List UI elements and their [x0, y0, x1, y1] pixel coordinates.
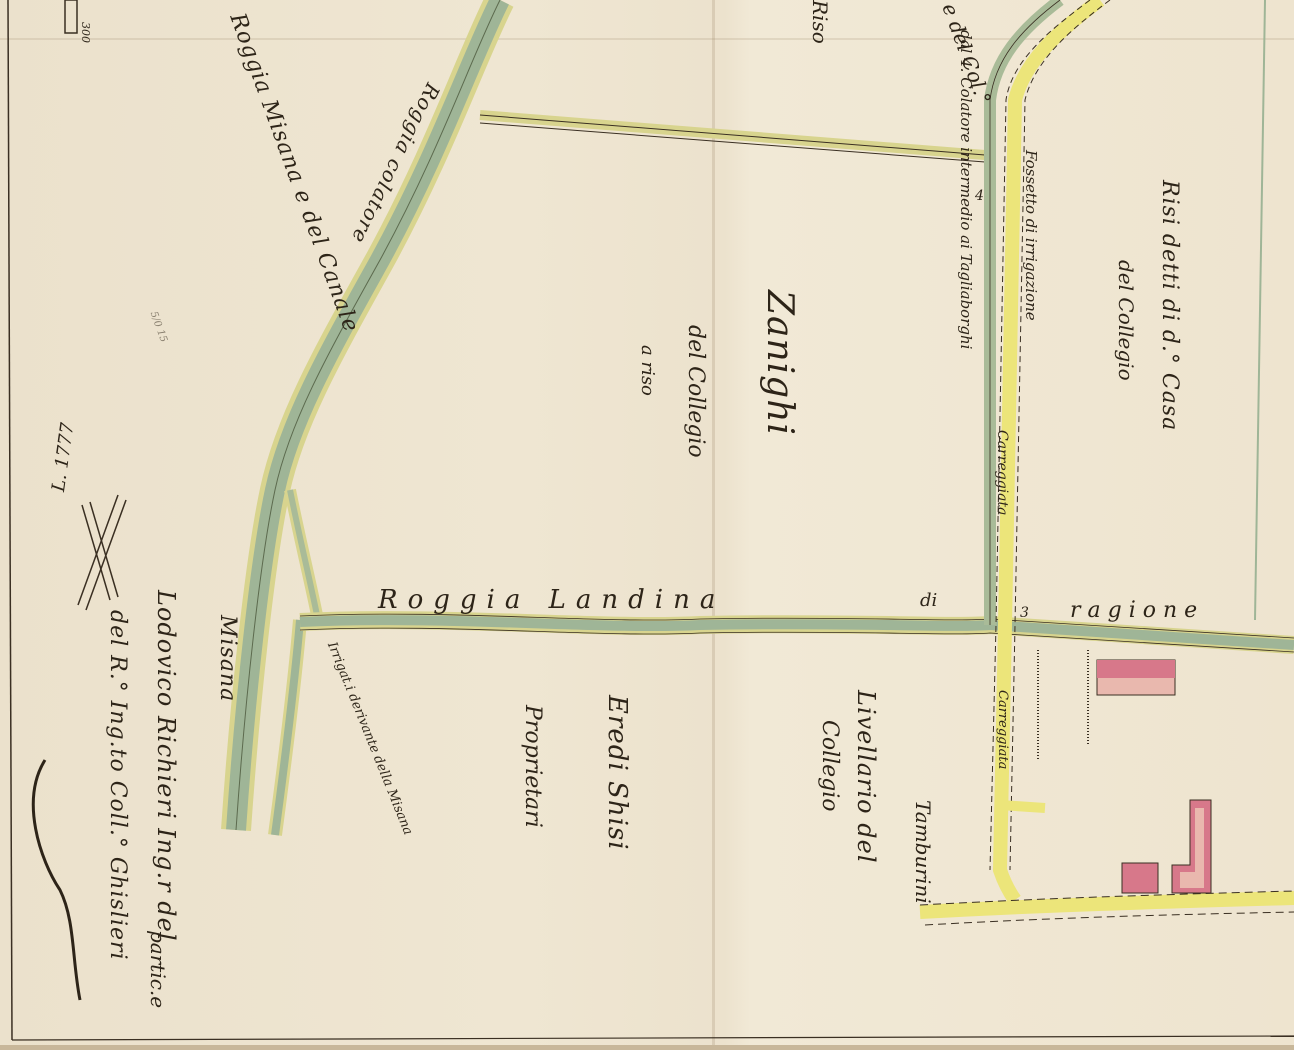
- label-number-4: 4: [975, 188, 984, 204]
- second-channel: [275, 620, 300, 835]
- scale-label: 300: [79, 22, 92, 43]
- right-boundary-line: [1255, 0, 1265, 620]
- label-number-3: 3: [1020, 605, 1029, 621]
- label-tamburini: Tamburini: [911, 800, 935, 904]
- crossed-lines-mark: [78, 495, 126, 610]
- label-carreggiata: Carreggiata: [994, 430, 1010, 515]
- label-risi-detti: Risi detti di d.° Casa: [1157, 180, 1182, 431]
- signature-line1: Lodovico Richieri Ing.r del: [152, 590, 180, 942]
- label-eredi-shisi: Eredi Shisi: [602, 695, 632, 851]
- signature-line2: del R.° Ing.to Coll.° Ghislieri: [105, 610, 130, 961]
- label-livellario: Livellario del: [852, 690, 880, 864]
- label-ragione: ragione: [1070, 598, 1204, 623]
- signature-line1-end: partic.e: [146, 930, 170, 1008]
- scale-marker-box: [65, 0, 77, 33]
- left-border-line: [8, 0, 12, 1040]
- label-roggia-landina: Roggia Landina: [378, 585, 725, 615]
- label-ragione-prefix: di: [920, 590, 937, 611]
- label-livellario-collegio: Collegio: [817, 720, 842, 812]
- label-a-riso: a riso: [637, 345, 658, 396]
- map-drawing: [0, 0, 1294, 1050]
- label-colatore-intermedio: dal 4. Colatore intermedio ai Tagliaborg…: [957, 30, 975, 349]
- bottom-road: [920, 898, 1294, 912]
- label-risi-del-collegio: del Collegio: [1114, 260, 1138, 381]
- label-misana-lower: Misana: [215, 615, 240, 702]
- label-fossetto: Fossetto di irrigazione: [1022, 150, 1040, 321]
- label-zanighi: Zanighi: [759, 290, 800, 436]
- label-del-collegio-zanighi: del Collegio: [683, 325, 708, 458]
- carreggiata-road: [1000, 0, 1100, 900]
- signature-flourish: [33, 760, 80, 1000]
- label-riso-top: Riso: [808, 0, 832, 44]
- label-carreggiata-lower: Carreggiata: [995, 690, 1010, 769]
- bottom-border-line: [12, 1036, 1294, 1040]
- label-proprietari: Proprietari: [520, 705, 545, 828]
- building-2: [1122, 863, 1158, 893]
